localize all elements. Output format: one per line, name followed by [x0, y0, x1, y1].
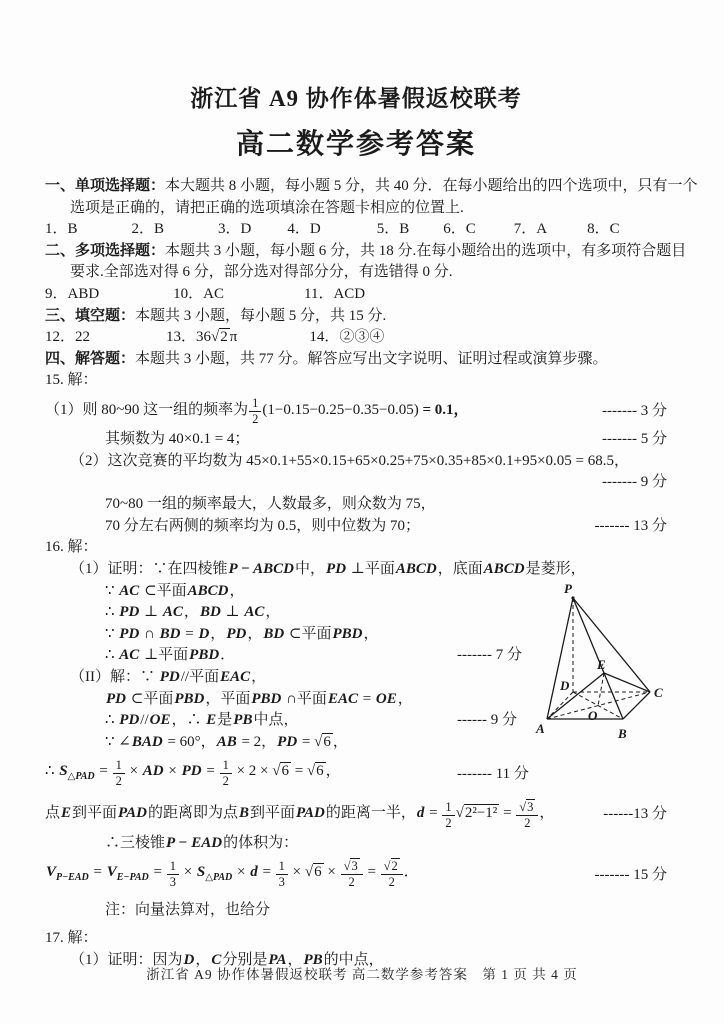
- text-run: 10．AC: [173, 286, 224, 302]
- fraction: √22: [381, 860, 403, 889]
- sqrt-radical: √2: [384, 858, 400, 873]
- vertex-label-P: P: [564, 581, 573, 596]
- fraction: 12: [249, 397, 261, 426]
- text-run: ，: [364, 626, 379, 642]
- section-1-head: 一、单项选择题：本大题共 8 小题，每小题 5 分，共 40 分．在每小题给出的…: [45, 176, 667, 198]
- spacer: [224, 297, 304, 298]
- math-var: BD: [199, 604, 222, 620]
- fraction: √32: [341, 860, 363, 889]
- sqrt-radical: √6: [305, 863, 324, 880]
- q15-head: 15. 解：: [45, 370, 667, 392]
- text-run: ⊥平面: [140, 647, 188, 663]
- text-run: 一、单项选择题：: [45, 178, 165, 194]
- spacer: [321, 232, 377, 233]
- text-line: （1）则 80~90 这一组的频率为12(1−0.15−0.25−0.35−0.…: [45, 392, 667, 430]
- math-var: PD: [118, 626, 140, 642]
- math-var: PBD: [332, 626, 364, 642]
- math-var-subscripted: S△PAD: [196, 864, 233, 880]
- text-run: 12．22: [45, 329, 90, 345]
- figure-edge-PC: [573, 598, 650, 692]
- text-run: ∴: [45, 763, 58, 779]
- text-run: 9．ABD: [45, 286, 99, 302]
- text-run: 11．ACD: [304, 286, 365, 302]
- math-var: B: [238, 805, 250, 821]
- vertex-label-A: A: [535, 721, 545, 736]
- math-var: AD: [142, 763, 165, 779]
- q16-head: 16. 解：: [45, 537, 667, 559]
- text-run: ，: [184, 604, 199, 620]
- text-run: 是菱形，: [526, 561, 586, 577]
- score-marker: ------ 9 分: [457, 710, 517, 732]
- score-marker: ------- 7 分: [457, 645, 522, 667]
- text-run: ，: [398, 691, 413, 707]
- text-run: 中点，: [253, 712, 298, 728]
- text-run: 本题共 3 小题，每小题 5 分，共 15 分.: [135, 308, 386, 324]
- text-run: ×: [165, 763, 181, 779]
- math-var: AC: [118, 647, 140, 663]
- fraction: 12: [113, 759, 125, 788]
- text-run: ，: [230, 583, 245, 599]
- text-run: 本大题共 8 小题，每小题 5 分，共 40 分．在每小题给出的四个选项中，只有…: [165, 178, 698, 194]
- text-run: 4．D: [287, 221, 320, 237]
- math-var: E: [205, 712, 217, 728]
- text-line: 注：向量法算对，也给分: [45, 900, 667, 922]
- math-var: ABCD: [187, 583, 230, 599]
- fraction: √32: [516, 801, 538, 830]
- text-run: =: [90, 864, 106, 880]
- text-run: = 2，: [238, 734, 276, 750]
- text-run: ，: [251, 669, 266, 685]
- text-run: =: [181, 626, 197, 642]
- spacer: [164, 232, 218, 233]
- math-var: PD: [225, 626, 247, 642]
- page-subtitle: 高二数学参考答案: [45, 127, 667, 163]
- spacer: [90, 340, 166, 341]
- answers-single-choice: 1．B2．B3．D4．D5．B6．C7．A8．C: [45, 219, 667, 241]
- text-run: ×: [289, 864, 305, 880]
- text-run: ∵ ∠: [105, 734, 131, 750]
- pyramid-svg: PABCDEO: [528, 580, 680, 748]
- text-run: (1−0.15−0.25−0.35−0.05): [262, 402, 422, 418]
- text-line: 要求.全部选对得 6 分，部分选对得部分分，有选错得 0 分.: [45, 262, 667, 284]
- text-run: =: [425, 805, 441, 821]
- text-run: ×: [126, 763, 142, 779]
- score-marker: ------- 11 分: [457, 759, 529, 789]
- text-run: π: [230, 329, 238, 345]
- text-run: 其频数为 40×0.1 = 4；: [105, 431, 249, 447]
- math-var: PB: [232, 712, 253, 728]
- text-run: =: [298, 734, 314, 750]
- figure-edge-DB: [573, 692, 623, 719]
- text-line: 70~80 一组的频率最大，人数最多，则众数为 75，: [45, 494, 667, 516]
- text-run: ∩平面: [282, 691, 327, 707]
- math-var: PBD: [188, 647, 220, 663]
- text-run: ∵: [105, 626, 118, 642]
- text-run: =: [150, 864, 166, 880]
- text-line: （1）证明：∵在四棱锥P − ABCD中，PD ⊥平面ABCD，底面ABCD是菱…: [45, 559, 667, 581]
- math-var: PD: [181, 763, 203, 779]
- math-var-subscripted: VP−EAD: [45, 864, 90, 880]
- text-run: ，∴: [171, 712, 205, 728]
- sqrt-radical: √2: [211, 328, 230, 345]
- text-run: 8．C: [587, 221, 620, 237]
- sqrt-radical: √6: [272, 762, 291, 779]
- text-run: ∩: [140, 626, 158, 642]
- text-run: ，平面: [205, 691, 250, 707]
- text-run: 本题共 3 小题，每小题 6 分，共 18 分.在每小题给出的选项中，有多项符合…: [165, 243, 686, 259]
- text-run: 6．C: [443, 221, 476, 237]
- math-var: d: [249, 864, 259, 880]
- page-title: 浙江省 A9 协作体暑假返校联考: [45, 84, 667, 114]
- math-var: D: [197, 626, 210, 642]
- text-run: ，: [326, 763, 341, 779]
- text-run: 四、解答题：: [45, 351, 135, 367]
- sqrt-radical: √2²−1²: [456, 804, 500, 821]
- text-run: 14．②③④: [309, 329, 384, 345]
- text-run: ，: [247, 626, 262, 642]
- text-run: =: [364, 864, 380, 880]
- spacer: [547, 232, 587, 233]
- math-var: OE: [375, 691, 398, 707]
- fraction: 12: [442, 801, 454, 830]
- text-run: ⊥: [222, 604, 244, 620]
- text-run: ，: [210, 626, 225, 642]
- text-run: 二、多项选择题：: [45, 243, 165, 259]
- section-3-head: 三、填空题：本题共 3 小题，每小题 5 分，共 15 分.: [45, 306, 667, 328]
- text-run: =: [259, 864, 275, 880]
- text-run: = 0.1，: [422, 402, 468, 418]
- spacer: [251, 232, 287, 233]
- math-var: AB: [216, 734, 238, 750]
- math-var: PD: [159, 669, 181, 685]
- text-line: 选项是正确的，请把正确的选项填涂在答题卡相应的位置上.: [45, 198, 667, 220]
- text-line: ∴ S△PAD = 12 × AD × PD = 12 × 2 × √6 = √…: [45, 753, 667, 795]
- text-run: （2）这次竞赛的平均数为 45×0.1+55×0.15+65×0.25+75×0…: [70, 453, 629, 469]
- math-var: AC: [162, 604, 184, 620]
- text-run: =: [203, 763, 219, 779]
- text-run: 15. 解：: [45, 372, 98, 388]
- text-run: 7．A: [514, 221, 547, 237]
- text-run: ∴: [105, 647, 118, 663]
- spacer: [476, 232, 514, 233]
- text-run: 选项是正确的，请把正确的选项填涂在答题卡相应的位置上.: [70, 200, 464, 216]
- math-var: OE: [149, 712, 172, 728]
- math-var: PD: [325, 561, 347, 577]
- math-var: PAD: [117, 805, 148, 821]
- score-marker: ------- 15 分: [595, 860, 667, 890]
- text-run: ，: [539, 805, 554, 821]
- math-var: EAC: [219, 669, 251, 685]
- text-run: 三、填空题：: [45, 308, 135, 324]
- text-run: 要求.全部选对得 6 分，部分选对得部分分，有选错得 0 分.: [70, 264, 453, 280]
- text-run: ．: [220, 647, 235, 663]
- vertex-label-C: C: [654, 685, 663, 700]
- math-var: d: [416, 805, 426, 821]
- text-run: ×: [180, 864, 196, 880]
- text-run: //: [140, 712, 148, 728]
- text-run: ⊥平面: [347, 561, 395, 577]
- section-2-head: 二、多项选择题：本题共 3 小题，每小题 6 分，共 18 分.在每小题给出的选…: [45, 241, 667, 263]
- answer-lines: 一、单项选择题：本大题共 8 小题，每小题 5 分，共 40 分．在每小题给出的…: [45, 176, 667, 971]
- text-run: 点: [45, 805, 60, 821]
- sqrt-radical: √6: [314, 733, 333, 750]
- text-run: =: [291, 763, 307, 779]
- answers-fill-blank: 12．2213．36√2π14．②③④: [45, 327, 667, 349]
- text-run: 的距离一半，: [326, 805, 416, 821]
- text-line: 70 分左右两侧的频率均为 0.5，则中位数为 70；------- 13 分: [45, 516, 667, 538]
- text-run: 70~80 一组的频率最大，人数最多，则众数为 75，: [105, 496, 436, 512]
- text-run: ⊂平面: [285, 626, 331, 642]
- text-run: 3．D: [218, 221, 251, 237]
- math-var: AC: [118, 583, 140, 599]
- math-var: BD: [262, 626, 285, 642]
- text-run: 16. 解：: [45, 539, 98, 555]
- math-var: BD: [159, 626, 182, 642]
- text-line: 其频数为 40×0.1 = 4；------- 5 分: [45, 429, 667, 451]
- text-run: ，: [333, 734, 348, 750]
- score-marker: ------- 3 分: [602, 396, 667, 426]
- text-run: 1．B: [45, 221, 78, 237]
- math-var: PD: [118, 604, 140, 620]
- text-line: VP−EAD = VE−PAD = 13 × S△PAD × d = 13 × …: [45, 854, 667, 896]
- math-var: PD: [105, 691, 127, 707]
- text-run: （1）则 80~90 这一组的频率为: [45, 402, 248, 418]
- text-line: 点E到平面PAD的距离即为点B到平面PAD的距离一半，d = 12√2²−1² …: [45, 795, 667, 833]
- spacer: [237, 340, 309, 341]
- text-run: 本题共 3 小题，共 77 分。解答应写出文字说明、证明过程或演算步骤。: [135, 351, 608, 367]
- text-run: ，底面: [438, 561, 483, 577]
- text-run: =: [499, 805, 515, 821]
- fraction: 13: [167, 860, 179, 889]
- text-run: （II）解：∵: [70, 669, 159, 685]
- text-run: 是: [217, 712, 232, 728]
- text-run: ∴: [105, 712, 118, 728]
- text-run: 到平面: [72, 805, 117, 821]
- score-marker: ------13 分: [603, 799, 667, 829]
- math-var: ABCD: [395, 561, 438, 577]
- text-run: （1）证明：∵在四棱锥: [70, 561, 228, 577]
- spacer: [78, 232, 132, 233]
- figure-edge-DA: [547, 692, 573, 719]
- section-4-head: 四、解答题：本题共 3 小题，共 77 分。解答应写出文字说明、证明过程或演算步…: [45, 349, 667, 371]
- text-run: 注：向量法算对，也给分: [105, 902, 270, 918]
- sqrt-radical: √6: [307, 762, 326, 779]
- text-run: ∴三棱锥: [105, 835, 165, 851]
- text-run: ∴: [105, 604, 118, 620]
- text-run: ，: [265, 604, 280, 620]
- math-var: E: [60, 805, 72, 821]
- math-var: EAC: [327, 691, 359, 707]
- score-marker: ------- 9 分: [602, 473, 667, 495]
- sqrt-radical: √3: [519, 799, 535, 814]
- fraction: 12: [220, 759, 232, 788]
- q17-head: 17. 解：: [45, 928, 667, 950]
- text-run: ×: [233, 864, 249, 880]
- apex-point-P: [571, 596, 574, 599]
- score-marker: ------- 5 分: [602, 429, 667, 451]
- math-var: ABCD: [483, 561, 526, 577]
- vertex-label-O: O: [588, 708, 598, 723]
- text-run: 2．B: [132, 221, 165, 237]
- vertex-label-D: D: [559, 678, 570, 693]
- math-var: BAD: [131, 734, 164, 750]
- vertex-label-B: B: [617, 726, 627, 741]
- math-var: P − ABCD: [228, 561, 296, 577]
- fraction: 13: [276, 860, 288, 889]
- spacer: [409, 232, 443, 233]
- page-footer: 浙江省 A9 协作体暑假返校联考 高二数学参考答案 第 1 页 共 4 页: [0, 963, 724, 983]
- vertex-label-E: E: [596, 657, 606, 672]
- text-run: 的距离即为点: [148, 805, 238, 821]
- text-run: //平面: [181, 669, 219, 685]
- text-run: 到平面: [250, 805, 295, 821]
- text-run: ⊂平面: [140, 583, 186, 599]
- text-run: = 60°，: [164, 734, 216, 750]
- text-run: × 2 ×: [233, 763, 272, 779]
- math-var: P − EAD: [165, 835, 223, 851]
- text-line: ------- 9 分: [45, 473, 667, 495]
- math-var-subscripted: VE−PAD: [106, 864, 150, 880]
- text-run: 的体积为：: [223, 835, 298, 851]
- text-run: =: [96, 763, 112, 779]
- score-marker: ------- 13 分: [595, 516, 667, 538]
- pyramid-figure-container: PABCDEO: [528, 580, 680, 748]
- text-run: 中，: [295, 561, 325, 577]
- text-run: ×: [324, 864, 340, 880]
- text-line: ∴三棱锥P − EAD的体积为：: [45, 833, 667, 855]
- math-var: PD: [276, 734, 298, 750]
- sqrt-radical: √3: [344, 858, 360, 873]
- text-run: 13．36: [166, 329, 211, 345]
- exam-answer-page: 浙江省 A9 协作体暑假返校联考 高二数学参考答案 一、单项选择题：本大题共 8…: [0, 0, 724, 1024]
- text-run: ．: [404, 864, 419, 880]
- spacer: [99, 297, 173, 298]
- answers-multi-choice: 9．ABD10．AC11．ACD: [45, 284, 667, 306]
- math-var: PBD: [250, 691, 282, 707]
- text-run: ⊂平面: [127, 691, 173, 707]
- math-var: PBD: [173, 691, 205, 707]
- text-line: （2）这次竞赛的平均数为 45×0.1+55×0.15+65×0.25+75×0…: [45, 451, 667, 473]
- text-run: 5．B: [377, 221, 410, 237]
- text-run: 70 分左右两侧的频率均为 0.5，则中位数为 70；: [105, 518, 420, 534]
- math-var-subscripted: S△PAD: [58, 763, 95, 779]
- text-run: 17. 解：: [45, 930, 98, 946]
- math-var: PD: [118, 712, 140, 728]
- math-var: AC: [243, 604, 265, 620]
- text-run: ∵: [105, 583, 118, 599]
- math-var: PAD: [295, 805, 326, 821]
- text-run: ⊥: [140, 604, 162, 620]
- text-run: =: [359, 691, 375, 707]
